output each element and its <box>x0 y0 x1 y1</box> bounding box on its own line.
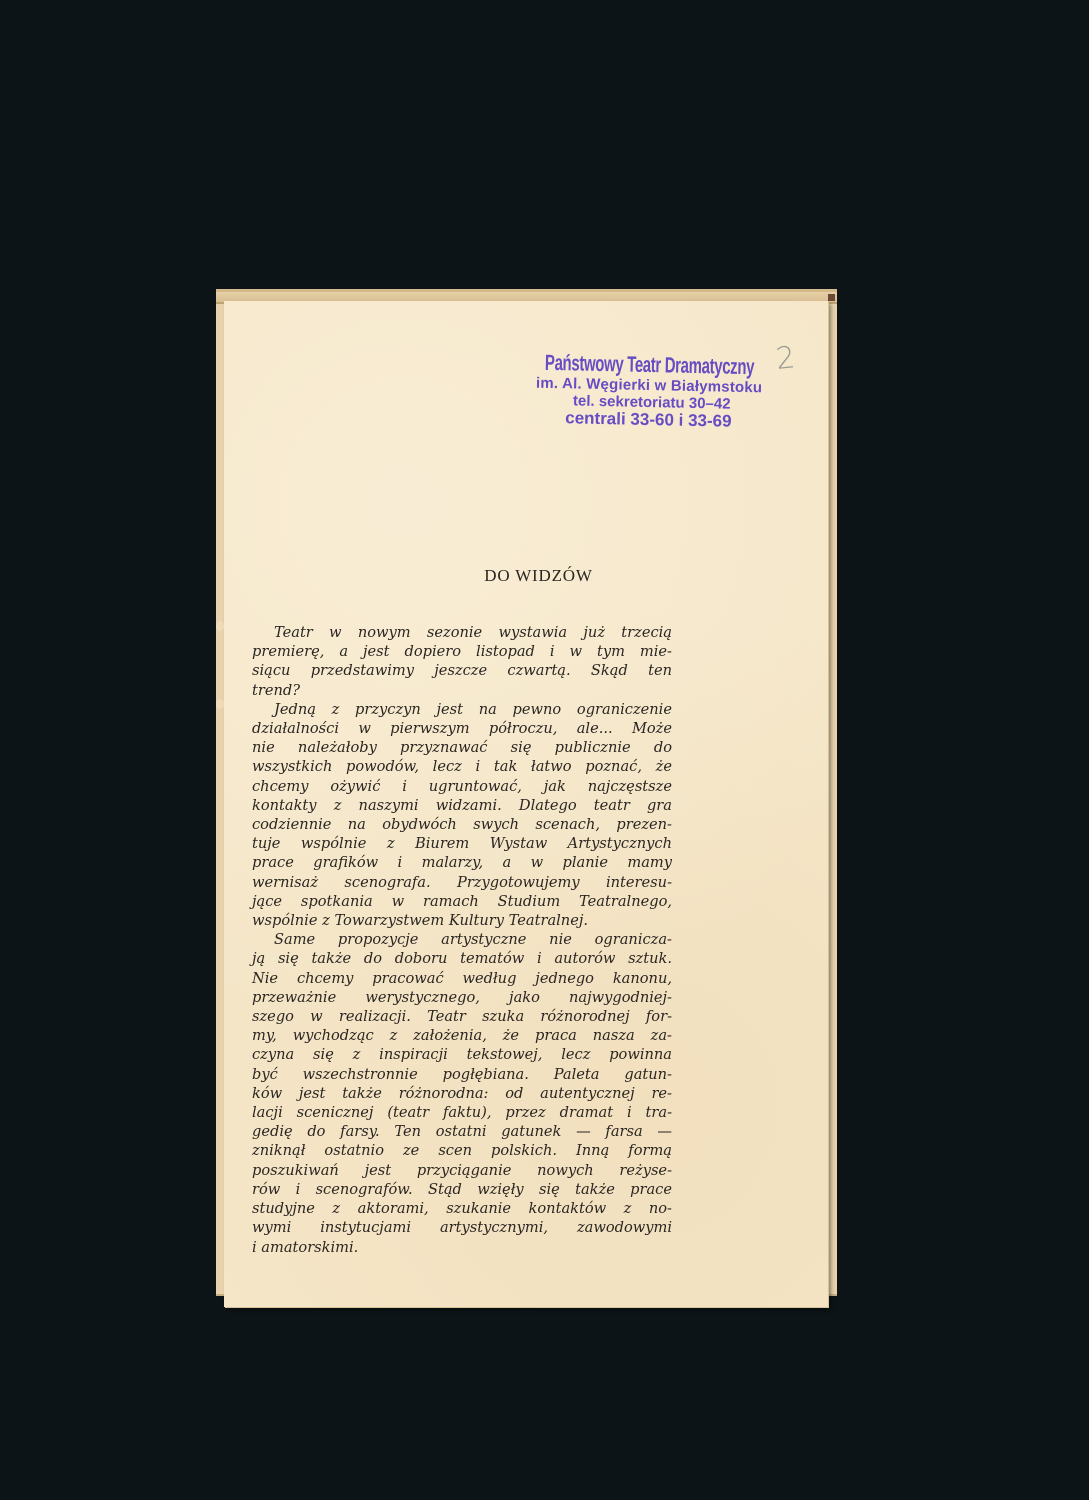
body-line: Teatr w nowym sezonie wystawia już trzec… <box>252 623 672 642</box>
body-line: codziennie na obydwóch swych scenach, pr… <box>252 815 672 834</box>
body-text: Teatr w nowym sezonie wystawia już trzec… <box>252 623 672 1257</box>
body-line: ków jest także różnorodna: od autentyczn… <box>252 1084 672 1103</box>
body-line: wszystkich powodów, lecz i tak łatwo poz… <box>252 757 672 776</box>
body-line: zniknął ostatnio ze scen polskich. Inną … <box>252 1141 672 1160</box>
body-line: wernisaż scenografa. Przygotowujemy inte… <box>252 873 672 892</box>
tear-mark <box>216 699 224 709</box>
cover-corner-mark <box>828 294 835 301</box>
body-line: Jedną z przyczyn jest na pewno ogranicze… <box>252 700 672 719</box>
body-line: być wszechstronnie pogłębiana. Paleta ga… <box>252 1065 672 1084</box>
body-line: trend? <box>252 681 672 700</box>
body-line: szego w realizacji. Teatr szuka różnorod… <box>252 1007 672 1026</box>
page-title: DO WIDZÓW <box>224 566 828 586</box>
body-line: my, wychodząc z założenia, że praca nasz… <box>252 1026 672 1045</box>
theatre-stamp: Państwowy Teatr Dramatyczny im. Al. Węgi… <box>513 350 785 431</box>
body-line: premierę, a jest dopiero listopad i w ty… <box>252 642 672 661</box>
body-line: i amatorskimi. <box>252 1238 672 1257</box>
body-line: Nie chcemy pracować według jednego kanon… <box>252 969 672 988</box>
torn-left-edge <box>214 621 224 1221</box>
document-page: 2 Państwowy Teatr Dramatyczny im. Al. Wę… <box>224 301 828 1307</box>
body-line: działalności w pierwszym półroczu, ale..… <box>252 719 672 738</box>
tear-mark <box>216 621 224 631</box>
body-line: Same propozycje artystyczne nie ogranicz… <box>252 930 672 949</box>
body-line: tuje wspólnie z Biurem Wystaw Artystyczn… <box>252 834 672 853</box>
body-line: nie należałoby przyznawać się publicznie… <box>252 738 672 757</box>
body-line: chcemy ożywić i ugruntować, jak najczęst… <box>252 777 672 796</box>
body-line: siącu przedstawimy jeszcze czwartą. Skąd… <box>252 661 672 680</box>
body-line: kontakty z naszymi widzami. Dlatego teat… <box>252 796 672 815</box>
body-line: lacji scenicznej (teatr faktu), przez dr… <box>252 1103 672 1122</box>
body-line: studyjne z aktorami, szukanie kontaktów … <box>252 1199 672 1218</box>
body-line: poszukiwań jest przyciąganie nowych reży… <box>252 1161 672 1180</box>
body-line: czyna się z inspiracji tekstowej, lecz p… <box>252 1045 672 1064</box>
body-line: rów i scenografów. Stąd wzięły się także… <box>252 1180 672 1199</box>
body-line: wspólnie z Towarzystwem Kultury Teatraln… <box>252 911 672 930</box>
body-line: ją się także do doboru tematów i autorów… <box>252 949 672 968</box>
body-line: prace grafików i malarzy, a w planie mam… <box>252 853 672 872</box>
body-line: wymi instytucjami artystycznymi, zawodow… <box>252 1218 672 1237</box>
body-line: jące spotkania w ramach Studium Teatraln… <box>252 892 672 911</box>
body-line: przeważnie werystycznego, jako najwygodn… <box>252 988 672 1007</box>
body-line: gedię do farsy. Ten ostatni gatunek — fa… <box>252 1122 672 1141</box>
